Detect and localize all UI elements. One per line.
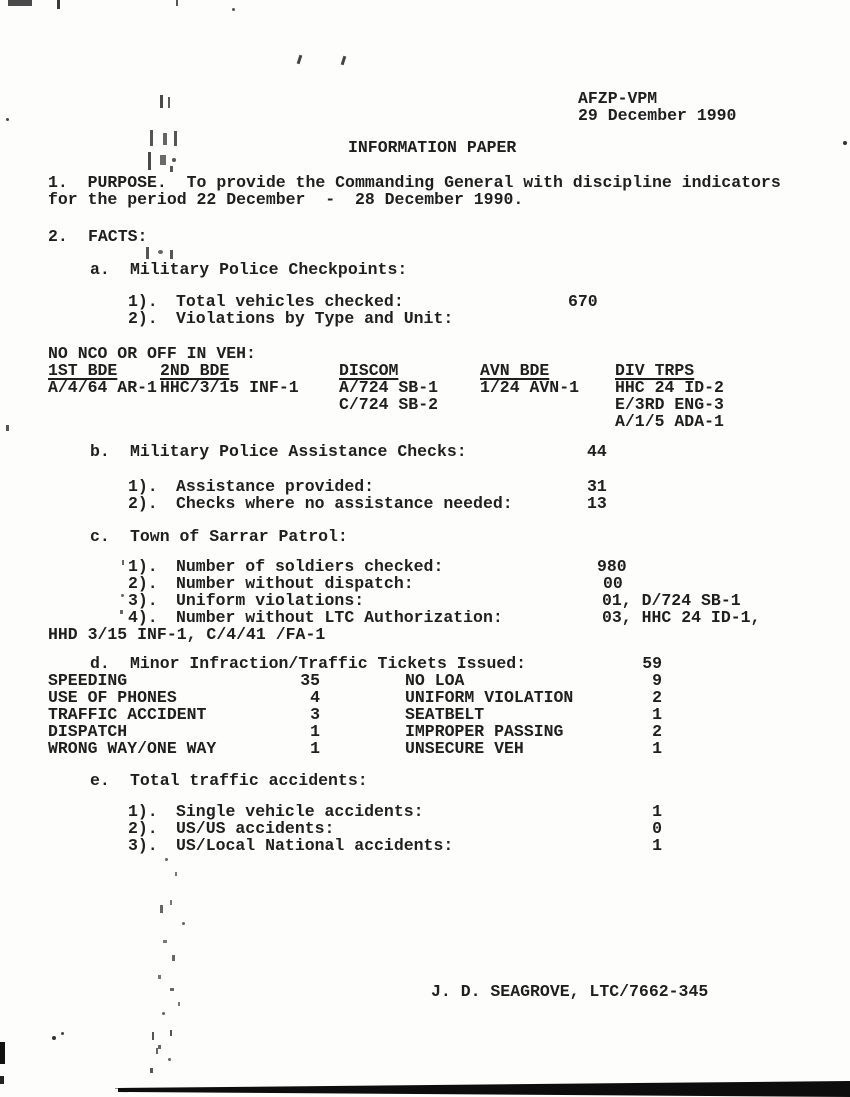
scan-artifact [172, 158, 176, 162]
scan-artifact [158, 250, 163, 254]
c-item-3-text: Uniform violations: [176, 592, 364, 609]
ticket-label: USE OF PHONES [48, 689, 177, 706]
a-item-2-num: 2). [128, 310, 158, 327]
b-item-2-value: 13 [587, 495, 607, 512]
scan-artifact [843, 141, 847, 145]
ticket-count: 1 [582, 706, 662, 723]
a-item-1-num: 1). [128, 293, 158, 310]
scan-artifact [6, 118, 9, 121]
ticket-count: 1 [582, 740, 662, 757]
e-item-3-value: 1 [582, 837, 662, 854]
scan-artifact [120, 610, 123, 614]
scan-artifact [170, 166, 173, 172]
scan-artifact [176, 0, 178, 6]
scan-artifact [6, 425, 9, 431]
unit-col-div-trps-header: DIV TRPS [615, 362, 694, 379]
section-c-label: Town of Sarrar Patrol: [130, 528, 348, 545]
c-item-4-num: 4). [128, 609, 158, 626]
scan-artifact [160, 905, 163, 913]
scan-artifact [172, 955, 175, 961]
section-b-value: 44 [587, 443, 607, 460]
ticket-count: 3 [240, 706, 320, 723]
section-e-label: Total traffic accidents: [130, 772, 368, 789]
b-item-2-num: 2). [128, 495, 158, 512]
b-item-1-num: 1). [128, 478, 158, 495]
ticket-label: IMPROPER PASSING [405, 723, 563, 740]
scan-artifact [297, 55, 303, 64]
scan-artifact [165, 858, 168, 861]
ticket-label: UNIFORM VIOLATION [405, 689, 573, 706]
section-b-label: Military Police Assistance Checks: [130, 443, 467, 460]
scan-artifact [170, 1030, 172, 1036]
office-symbol: AFZP-VPM [578, 90, 657, 107]
scan-artifact [158, 975, 161, 979]
section-a-label: Military Police Checkpoints: [130, 261, 407, 278]
purpose-line-1: 1. PURPOSE. To provide the Commanding Ge… [48, 174, 781, 191]
ticket-count: 1 [240, 740, 320, 757]
scan-artifact [121, 594, 124, 597]
scan-artifact [168, 97, 170, 108]
ticket-label: TRAFFIC ACCIDENT [48, 706, 206, 723]
ticket-count: 35 [240, 672, 320, 689]
a-item-1-text: Total vehicles checked: [176, 293, 404, 310]
e-item-2-num: 2). [128, 820, 158, 837]
scan-artifact [182, 922, 185, 925]
scan-artifact [158, 1045, 161, 1049]
b-item-2-text: Checks where no assistance needed: [176, 495, 513, 512]
scan-artifact [341, 56, 347, 65]
scan-artifact [170, 900, 172, 905]
facts-number: 2. [48, 228, 68, 245]
ticket-count: 2 [582, 723, 662, 740]
scan-bottom-edge [0, 1081, 850, 1097]
c-item-2-text: Number without dispatch: [176, 575, 414, 592]
c-item-1-text: Number of soldiers checked: [176, 558, 443, 575]
e-item-1-value: 1 [582, 803, 662, 820]
ticket-count: 9 [582, 672, 662, 689]
a-item-2-text: Violations by Type and Unit: [176, 310, 453, 327]
c-item-1-value: 980 [597, 558, 627, 575]
document-date: 29 December 1990 [578, 107, 736, 124]
unit-cell: E/3RD ENG-3 [615, 396, 724, 413]
scan-artifact [52, 1036, 56, 1040]
scan-artifact [146, 247, 149, 259]
scan-artifact [178, 1002, 180, 1006]
scan-artifact [162, 1012, 165, 1015]
c-item-2-num: 2). [128, 575, 158, 592]
c-item-4-text: Number without LTC Authorization: [176, 609, 503, 626]
scan-artifact [160, 95, 163, 108]
scan-artifact [150, 130, 153, 146]
scan-artifact [160, 155, 166, 165]
scan-artifact [150, 1068, 153, 1073]
ticket-label: SEATBELT [405, 706, 484, 723]
section-d-letter: d. [90, 655, 110, 672]
scan-artifact [57, 0, 60, 9]
ticket-count: 1 [240, 723, 320, 740]
purpose-line-2: for the period 22 December - 28 December… [48, 191, 523, 208]
scan-artifact [122, 560, 124, 565]
e-item-3-num: 3). [128, 837, 158, 854]
scan-artifact [163, 133, 167, 145]
e-item-2-text: US/US accidents: [176, 820, 334, 837]
e-item-3-text: US/Local National accidents: [176, 837, 453, 854]
unit-cell: 1/24 AVN-1 [480, 379, 579, 396]
unit-cell: C/724 SB-2 [339, 396, 438, 413]
scan-artifact [175, 872, 177, 876]
section-d-value: 59 [582, 655, 662, 672]
ticket-label: UNSECURE VEH [405, 740, 524, 757]
e-item-1-text: Single vehicle accidents: [176, 803, 424, 820]
c-item-4-value: 03, HHC 24 ID-1, [602, 609, 760, 626]
c-continuation: HHD 3/15 INF-1, C/4/41 /FA-1 [48, 626, 325, 643]
e-item-1-num: 1). [128, 803, 158, 820]
scan-edge-mark [0, 1042, 5, 1064]
b-item-1-value: 31 [587, 478, 607, 495]
e-item-2-value: 0 [582, 820, 662, 837]
c-item-2-value: 00 [603, 575, 623, 592]
section-d-label: Minor Infraction/Traffic Tickets Issued: [130, 655, 526, 672]
unit-cell: A/4/64 AR-1 [48, 379, 157, 396]
scan-artifact [163, 940, 167, 943]
unit-cell: HHC/3/15 INF-1 [160, 379, 299, 396]
scan-artifact [152, 1032, 154, 1040]
unit-col-discom-header: DISCOM [339, 362, 398, 379]
section-b-letter: b. [90, 443, 110, 460]
scan-artifact [148, 152, 151, 170]
scan-artifact [170, 250, 173, 259]
scan-edge-mark [0, 1076, 4, 1084]
c-item-3-num: 3). [128, 592, 158, 609]
a-item-1-value: 670 [568, 293, 598, 310]
ticket-label: WRONG WAY/ONE WAY [48, 740, 216, 757]
section-a-letter: a. [90, 261, 110, 278]
scan-artifact [8, 0, 32, 6]
document-page: AFZP-VPM 29 December 1990 INFORMATION PA… [0, 0, 850, 1097]
unit-cell: A/724 SB-1 [339, 379, 438, 396]
facts-label: FACTS: [88, 228, 147, 245]
document-title: INFORMATION PAPER [348, 139, 516, 156]
ticket-count: 2 [582, 689, 662, 706]
c-item-3-value: 01, D/724 SB-1 [602, 592, 741, 609]
scan-artifact [168, 1058, 171, 1061]
unit-cell: HHC 24 ID-2 [615, 379, 724, 396]
scan-artifact [174, 131, 177, 146]
c-item-1-num: 1). [128, 558, 158, 575]
ticket-label: NO LOA [405, 672, 464, 689]
b-item-1-text: Assistance provided: [176, 478, 374, 495]
ticket-count: 4 [240, 689, 320, 706]
unit-col-2nd-bde-header: 2ND BDE [160, 362, 229, 379]
unit-col-1st-bde-header: 1ST BDE [48, 362, 117, 379]
signature-block: J. D. SEAGROVE, LTC/7662-345 [431, 983, 708, 1000]
scan-artifact [156, 1048, 158, 1054]
ticket-label: DISPATCH [48, 723, 127, 740]
scan-artifact [232, 8, 235, 11]
scan-artifact [61, 1032, 64, 1035]
unit-cell: A/1/5 ADA-1 [615, 413, 724, 430]
ticket-label: SPEEDING [48, 672, 127, 689]
violations-note: NO NCO OR OFF IN VEH: [48, 345, 256, 362]
section-c-letter: c. [90, 528, 110, 545]
unit-col-avn-bde-header: AVN BDE [480, 362, 549, 379]
scan-artifact [170, 988, 174, 991]
section-e-letter: e. [90, 772, 110, 789]
